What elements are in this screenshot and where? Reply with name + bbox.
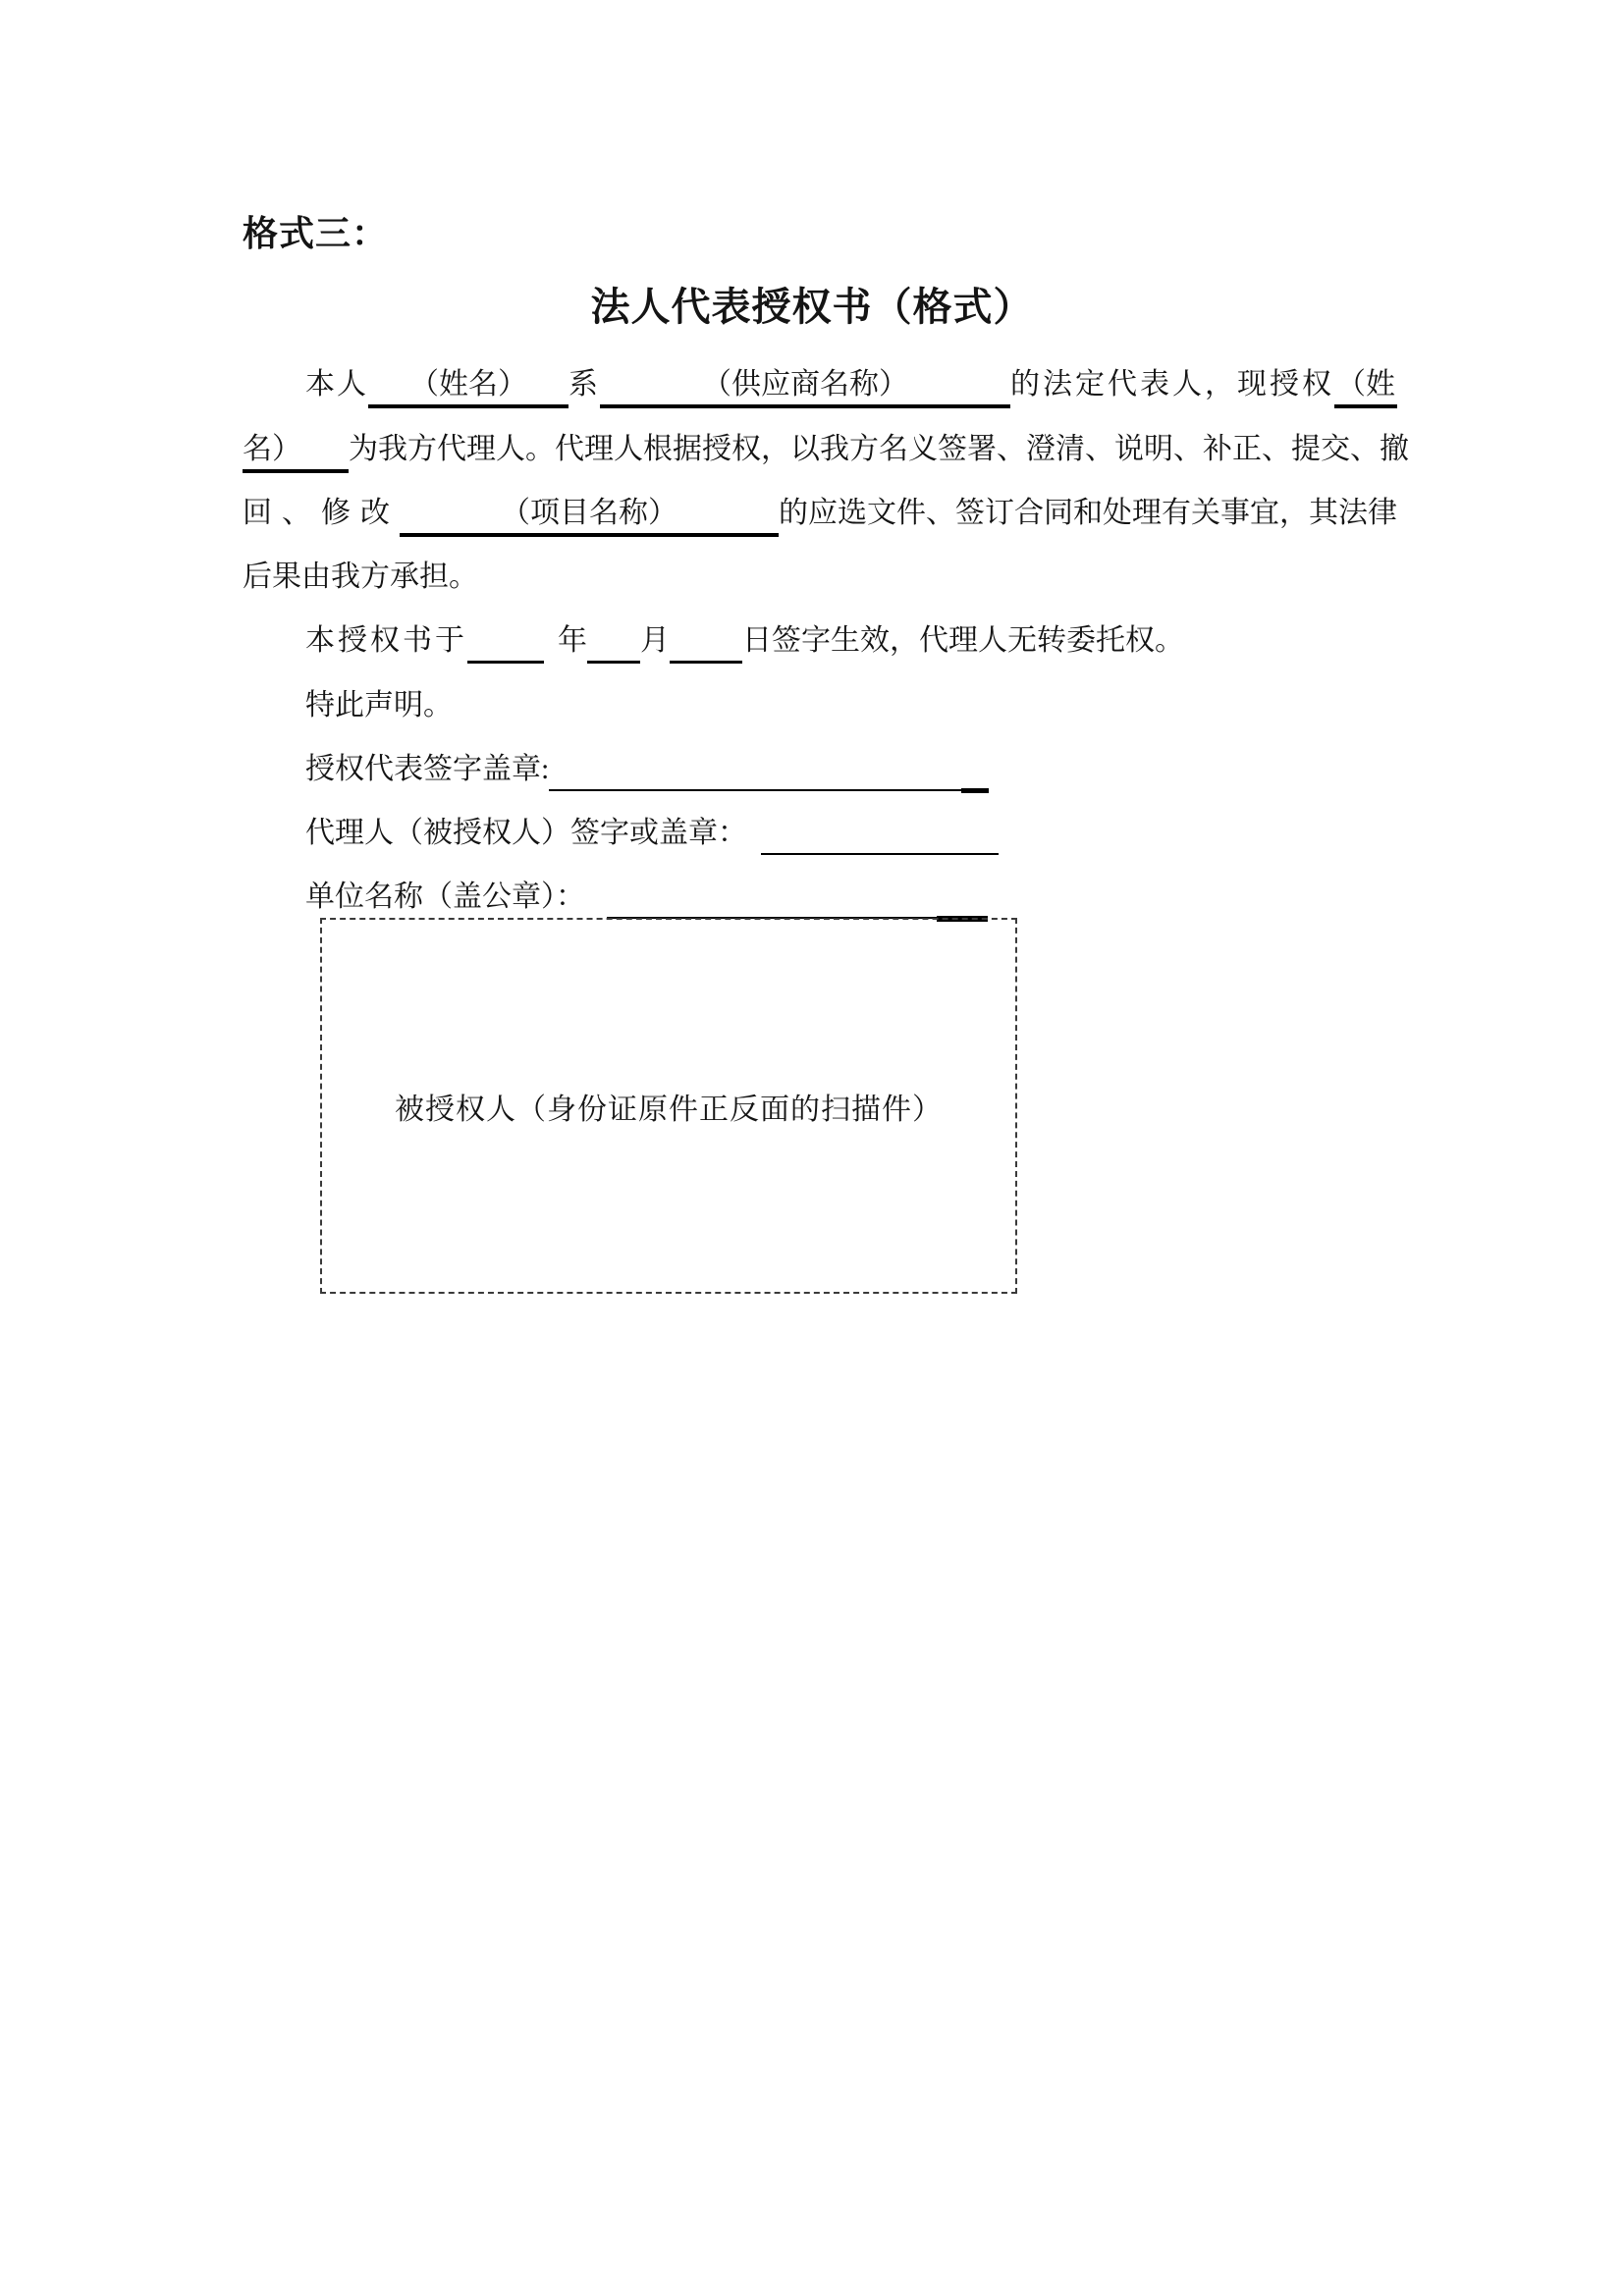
para1-text: 后果由我方承担。 [243, 552, 478, 595]
month-label: 月 [640, 615, 670, 659]
representative-signature-label: 授权代表签字盖章: [305, 744, 549, 787]
para1-text: 系 [568, 359, 600, 402]
name-blank-field: （姓名） [368, 359, 568, 408]
para2-date-line: 本授权书于 年 月 日签字生效，代理人无转委托权。 [243, 619, 1397, 659]
blank-hint-text: （供应商名称） [702, 359, 908, 402]
representative-signature-blank [549, 787, 961, 791]
format-label: 格式三： [243, 206, 388, 256]
para1-line1: 本人 （姓名） 系 （供应商名称） 的法定代表人，现授权 （姓 [243, 363, 1397, 402]
blank-hint-text: 名） [243, 424, 301, 467]
month-blank-field [587, 659, 640, 664]
para2-text: 本授权书于 [305, 615, 467, 659]
para1-line4: 后果由我方承担。 [243, 556, 1397, 595]
year-blank-field [467, 659, 544, 664]
representative-signature-blank-bold-tail [961, 786, 989, 793]
doc-title: 法人代表授权书（格式） [0, 276, 1624, 332]
project-name-blank-field: （项目名称） [400, 488, 779, 537]
blank-hint-text: （姓名） [409, 359, 527, 402]
para1-text: 的法定代表人，现授权 [1010, 359, 1334, 402]
para1-line3: 回、修改 （项目名称） 的应选文件、签订合同和处理有关事宜，其法律 [243, 492, 1397, 531]
authorizee-name-blank-part1: （姓 [1334, 359, 1397, 408]
day-blank-field [670, 659, 742, 664]
para1-text: 本人 [305, 359, 368, 402]
agent-signature-label: 代理人（被授权人）签字或盖章： [305, 808, 747, 851]
para1-text: 的应选文件、签订合同和处理有关事宜，其法律 [779, 488, 1397, 531]
agent-signature-blank [761, 851, 999, 855]
para2-text: 日签字生效，代理人无转委托权。 [742, 615, 1184, 659]
year-label: 年 [558, 615, 587, 659]
para1-line2: 名） 为我方代理人。代理人根据授权，以我方名义签署、澄清、说明、补正、提交、撤 [243, 428, 1397, 467]
blank-hint-text: （姓 [1336, 359, 1395, 402]
blank-hint-text: （项目名称） [501, 488, 677, 531]
signature-line-agent: 代理人（被授权人）签字或盖章： [243, 812, 1397, 851]
signature-line-representative: 授权代表签字盖章: [243, 748, 1397, 787]
para1-text: 回、修改 [243, 488, 400, 531]
signature-line-company: 单位名称（盖公章）： [243, 876, 1397, 915]
authorizee-name-blank-part2: 名） [243, 424, 349, 473]
id-scan-placeholder-text: 被授权人（身份证原件正反面的扫描件） [395, 1085, 943, 1128]
document-page: 格式三： 法人代表授权书（格式） 本人 （姓名） 系 （供应商名称） 的法定代表… [0, 0, 1624, 2296]
para1-text: 为我方代理人。代理人根据授权，以我方名义签署、澄清、说明、补正、提交、撤 [349, 424, 1409, 467]
company-name-label: 单位名称（盖公章）： [305, 872, 585, 915]
para3-declaration-line: 特此声明。 [243, 684, 1397, 723]
para3-text: 特此声明。 [305, 680, 453, 723]
supplier-name-blank-field: （供应商名称） [600, 359, 1010, 408]
id-scan-placeholder-box: 被授权人（身份证原件正反面的扫描件） [320, 918, 1017, 1294]
